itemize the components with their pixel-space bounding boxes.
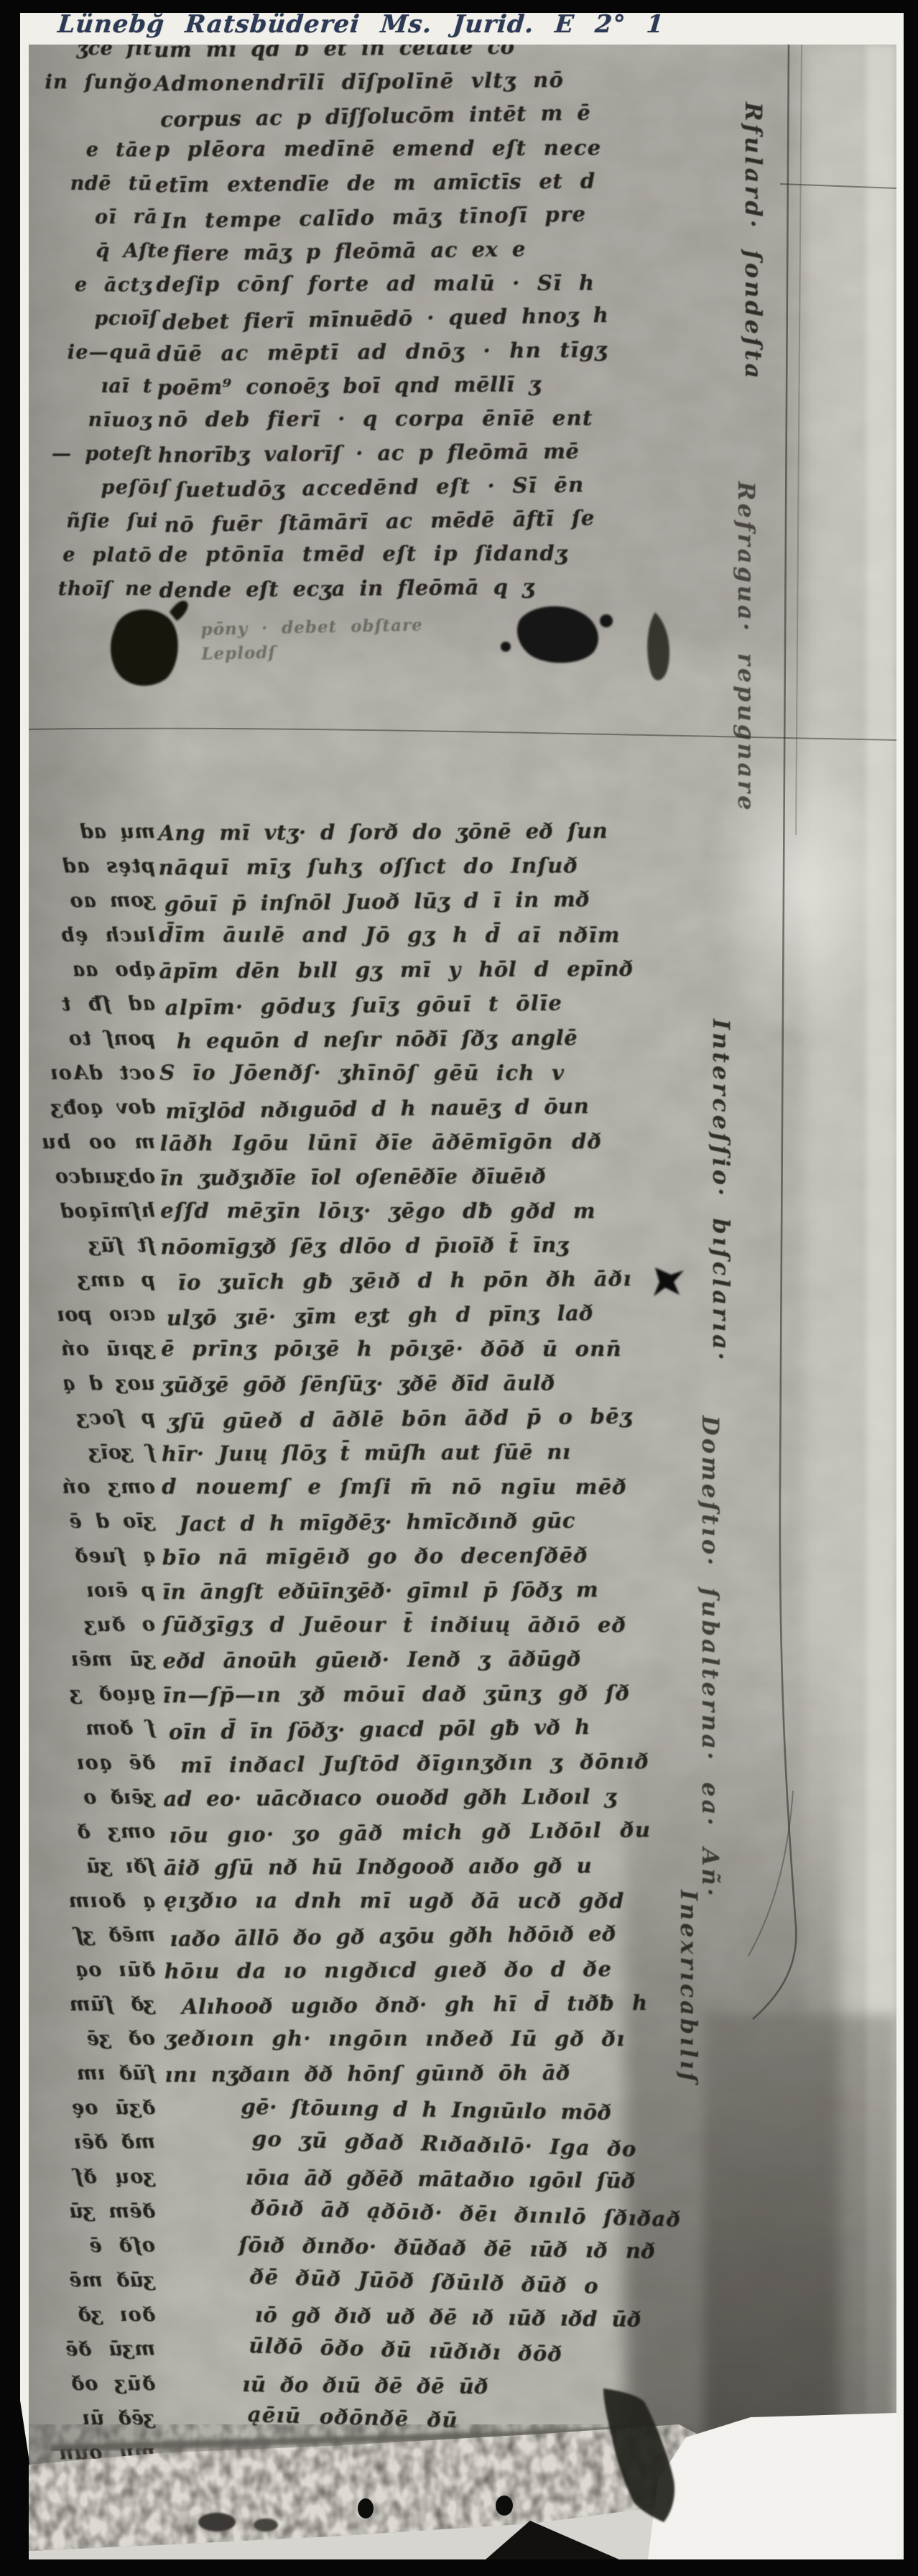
punch-hole bbox=[496, 2496, 513, 2516]
vertical-fold-crease bbox=[753, 45, 796, 2019]
ink-blot-left-tail bbox=[170, 601, 188, 621]
horizontal-crease bbox=[29, 729, 896, 740]
ink-speck bbox=[501, 642, 511, 652]
photo-overlay bbox=[29, 45, 896, 2559]
vertical-fold-crease-2 bbox=[796, 45, 802, 835]
punch-hole bbox=[358, 2498, 374, 2519]
tear-shadow bbox=[647, 612, 669, 680]
parchment-tear-hole bbox=[654, 1268, 684, 1296]
edge-debris bbox=[198, 2513, 236, 2531]
caption-shelfmark: Lünebğ Ratsbüderei Ms. Jurid. E 2° 1 bbox=[56, 10, 706, 47]
vertical-fold-crease-3 bbox=[748, 1791, 793, 1956]
edge-debris bbox=[254, 2519, 278, 2531]
photo-mount-page: Lünebğ Ratsbüderei Ms. Jurid. E 2° 1 bbox=[0, 0, 918, 2576]
manuscript-photo: um mī qd b et in cētate cōAdmonendrīlī d… bbox=[29, 45, 896, 2559]
ink-blot-right bbox=[517, 606, 598, 663]
ink-blot-left bbox=[111, 609, 178, 685]
margin-crease bbox=[780, 184, 896, 188]
ink-speck bbox=[600, 614, 613, 627]
